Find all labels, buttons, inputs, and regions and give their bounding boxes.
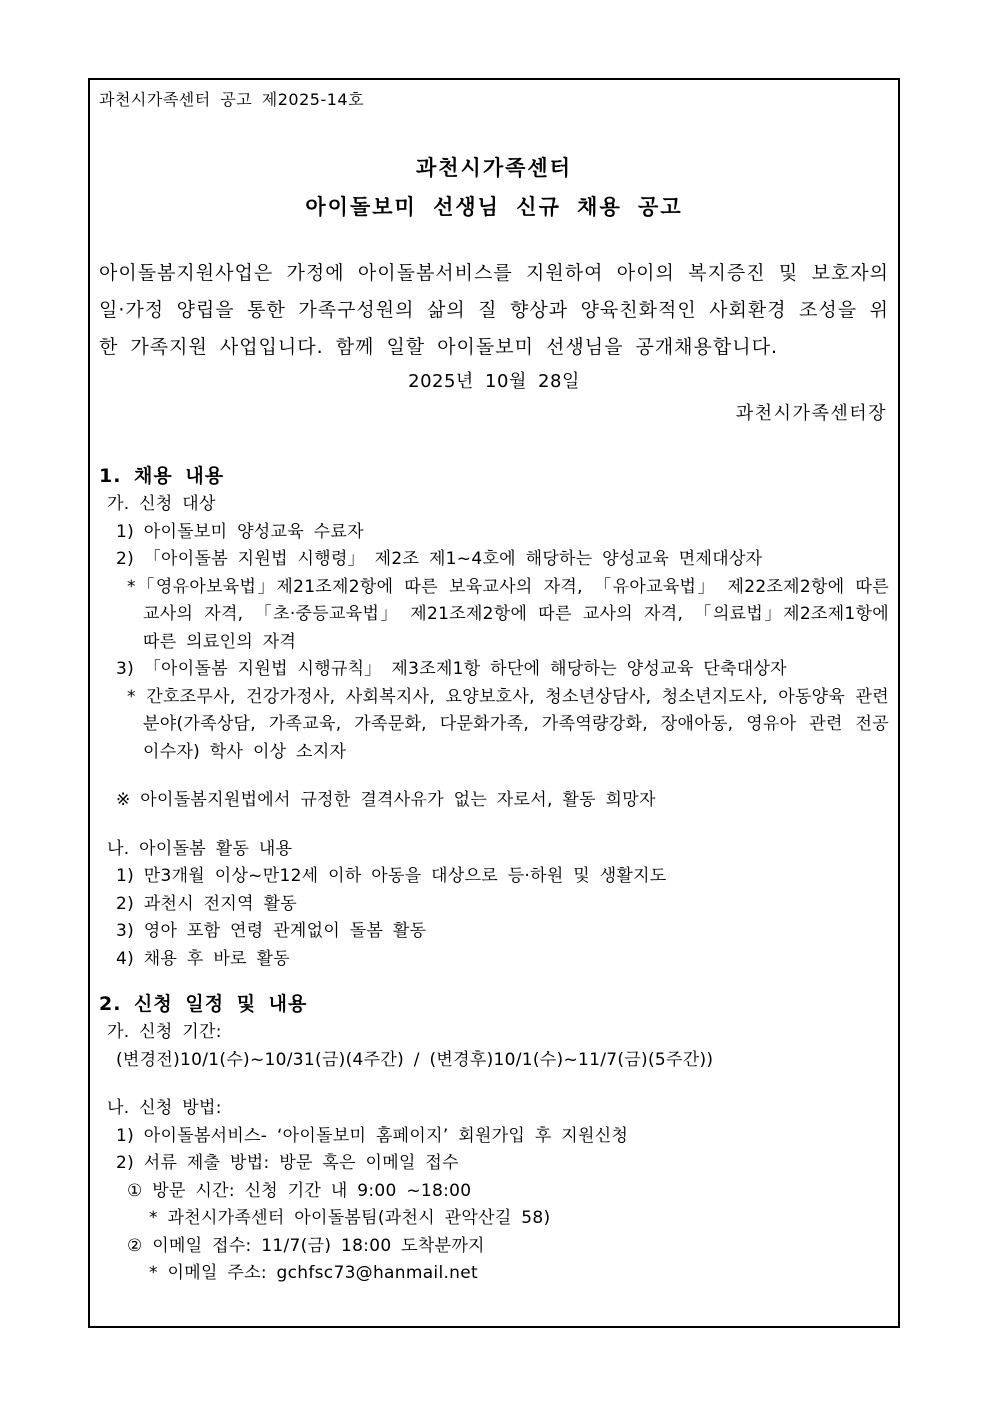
doc-line: 1) 아이돌봄서비스- ‘아이돌보미 홈페이지’ 회원가입 후 지원신청 <box>99 1123 889 1151</box>
doc-line: ② 이메일 접수: 11/7(금) 18:00 도착분까지 <box>99 1233 889 1261</box>
section-application-schedule: 2. 신청 일정 및 내용 가. 신청 기간:(변경전)10/1(수)~10/3… <box>99 989 889 1288</box>
doc-line: ※ 아이돌봄지원법에서 규정한 결격사유가 없는 자로서, 활동 희망자 <box>99 787 889 815</box>
doc-line: *「영유아보육법」제21조제2항에 따른 보육교사의 자격, 「유아교육법」 제… <box>99 574 889 657</box>
document-frame: 과천시가족센터 공고 제2025-14호 과천시가족센터 아이돌보미 선생님 신… <box>88 78 900 1328</box>
section-heading-1: 1. 채용 내용 <box>99 461 889 491</box>
doc-line: 가. 신청 대상 <box>99 491 889 519</box>
doc-title-line1: 과천시가족센터 <box>99 149 889 188</box>
intro-paragraph: 아이돌봄지원사업은 가정에 아이돌봄서비스를 지원하여 아이의 복지증진 및 보… <box>99 255 889 366</box>
section-recruitment-details: 1. 채용 내용 가. 신청 대상1) 아이돌보미 양성교육 수료자2) 「아이… <box>99 461 889 973</box>
announcement-date: 2025년 10월 28일 <box>99 367 889 397</box>
doc-line: 3) 영아 포함 연령 관계없이 돌봄 활동 <box>99 918 889 946</box>
doc-line: 나. 아이돌봄 활동 내용 <box>99 836 889 864</box>
doc-line: * 이메일 주소: gchfsc73@hanmail.net <box>99 1260 889 1288</box>
doc-line: 2) 서류 제출 방법: 방문 혹은 이메일 접수 <box>99 1150 889 1178</box>
doc-number: 과천시가족센터 공고 제2025-14호 <box>99 89 889 111</box>
doc-line: (변경전)10/1(수)~10/31(금)(4주간) / (변경후)10/1(수… <box>99 1047 889 1075</box>
doc-line: 3) 「아이돌봄 지원법 시행규칙」 제3조제1항 하단에 해당하는 양성교육 … <box>99 656 889 684</box>
doc-line: 4) 채용 후 바로 활동 <box>99 946 889 974</box>
doc-title-line2: 아이돌보미 선생님 신규 채용 공고 <box>99 188 889 227</box>
doc-line: ① 방문 시간: 신청 기간 내 9:00 ~18:00 <box>99 1178 889 1206</box>
doc-line: 1) 만3개월 이상~만12세 이하 아동을 대상으로 등·하원 및 생활지도 <box>99 863 889 891</box>
doc-line: 가. 신청 기간: <box>99 1019 889 1047</box>
section-1-lines: 가. 신청 대상1) 아이돌보미 양성교육 수료자2) 「아이돌봄 지원법 시행… <box>99 491 889 973</box>
doc-line: * 간호조무사, 건강가정사, 사회복지사, 요양보호사, 청소년상담사, 청소… <box>99 684 889 767</box>
section-heading-2: 2. 신청 일정 및 내용 <box>99 989 889 1019</box>
doc-line: 2) 「아이돌봄 지원법 시행령」 제2조 제1~4호에 해당하는 양성교육 면… <box>99 546 889 574</box>
doc-line: * 과천시가족센터 아이돌봄팀(과천시 관악산길 58) <box>99 1205 889 1233</box>
section-2-lines: 가. 신청 기간:(변경전)10/1(수)~10/31(금)(4주간) / (변… <box>99 1019 889 1288</box>
doc-line: 2) 과천시 전지역 활동 <box>99 891 889 919</box>
signature: 과천시가족센터장 <box>99 399 889 429</box>
doc-line: 나. 신청 방법: <box>99 1095 889 1123</box>
doc-line: 1) 아이돌보미 양성교육 수료자 <box>99 519 889 547</box>
doc-title: 과천시가족센터 아이돌보미 선생님 신규 채용 공고 <box>99 149 889 227</box>
